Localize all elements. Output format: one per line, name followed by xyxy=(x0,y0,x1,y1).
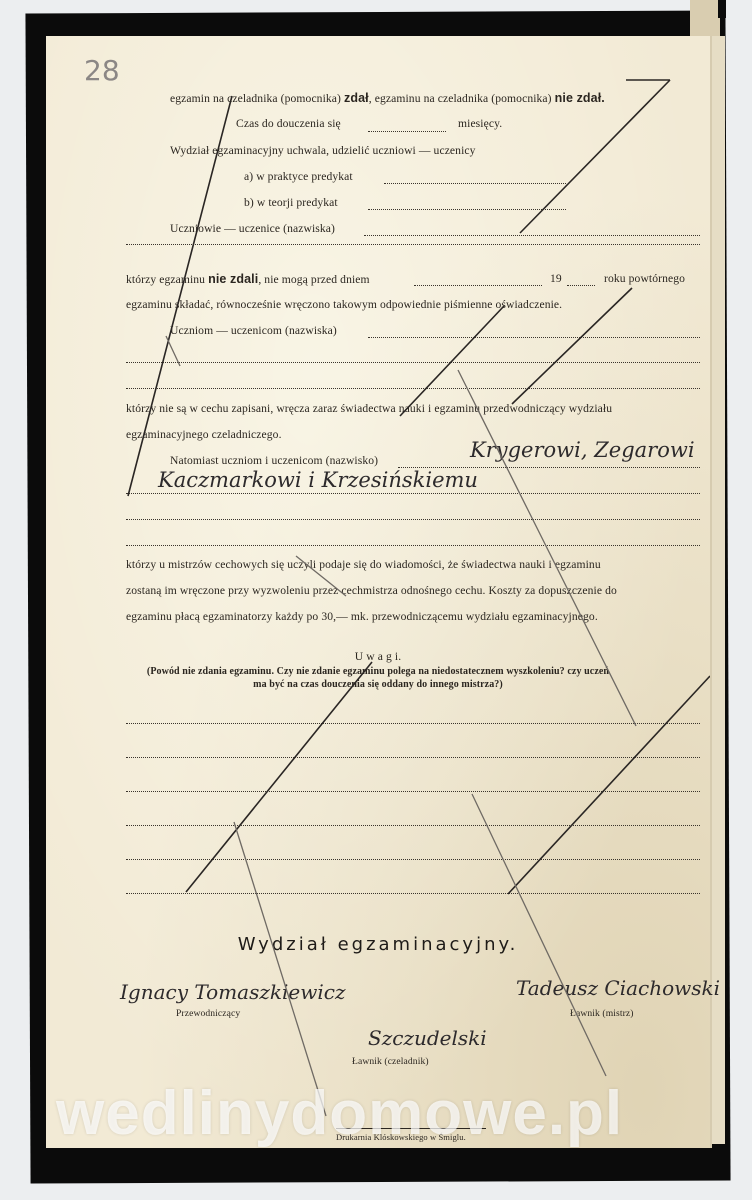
document-page: 28 egzamin na czeladnika (pomocnika) zda… xyxy=(46,36,712,1148)
frame-corner xyxy=(718,0,726,18)
watermark: wedlinydomowe.pl xyxy=(56,1078,623,1149)
strike-through-lines xyxy=(46,36,710,1148)
page-tab xyxy=(690,0,720,36)
